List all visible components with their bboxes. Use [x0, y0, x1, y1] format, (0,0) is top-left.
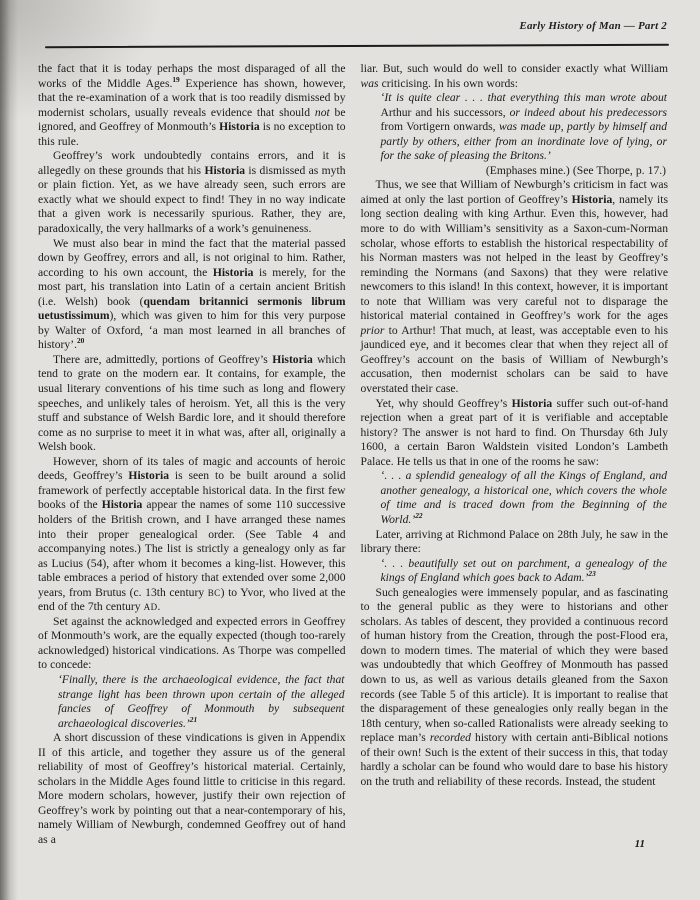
two-column-text-body: the fact that it is today perhaps the mo… [38, 62, 668, 848]
header-divider-rule [45, 44, 669, 48]
body-paragraph: There are, admittedly, portions of Geoff… [38, 353, 346, 455]
body-paragraph: We must also bear in mind the fact that … [38, 237, 346, 353]
scanned-document-page: Early History of Man — Part 2 the fact t… [0, 0, 700, 900]
block-quote: ‘. . . beautifully set out on parchment,… [381, 557, 668, 586]
left-column: the fact that it is today perhaps the mo… [38, 62, 346, 848]
scan-edge-shadow [0, 0, 18, 900]
body-paragraph: Geoffrey’s work undoubtedly contains err… [38, 149, 346, 236]
page-number: 11 [635, 838, 645, 850]
body-paragraph: However, shorn of its tales of magic and… [38, 455, 346, 615]
quote-attribution: (Emphases mine.) (See Thorpe, p. 17.) [361, 164, 669, 179]
body-paragraph: Yet, why should Geoffrey’s Historia suff… [361, 397, 669, 470]
body-paragraph: Set against the acknowledged and expecte… [38, 615, 346, 673]
body-paragraph: A short discussion of these vindications… [38, 731, 346, 847]
body-paragraph: liar. But, such would do well to conside… [361, 62, 669, 91]
block-quote: ‘Finally, there is the archaeological ev… [58, 673, 345, 731]
body-paragraph: Thus, we see that William of Newburgh’s … [361, 178, 669, 396]
body-paragraph: Such genealogies were immensely popular,… [361, 586, 669, 790]
block-quote: ‘It is quite clear . . . that everything… [381, 91, 668, 164]
body-paragraph: the fact that it is today perhaps the mo… [38, 62, 346, 149]
block-quote: ‘. . . a splendid genealogy of all the K… [381, 469, 668, 527]
right-column: liar. But, such would do well to conside… [361, 62, 669, 848]
body-paragraph: Later, arriving at Richmond Palace on 28… [361, 528, 669, 557]
running-header: Early History of Man — Part 2 [519, 20, 667, 32]
